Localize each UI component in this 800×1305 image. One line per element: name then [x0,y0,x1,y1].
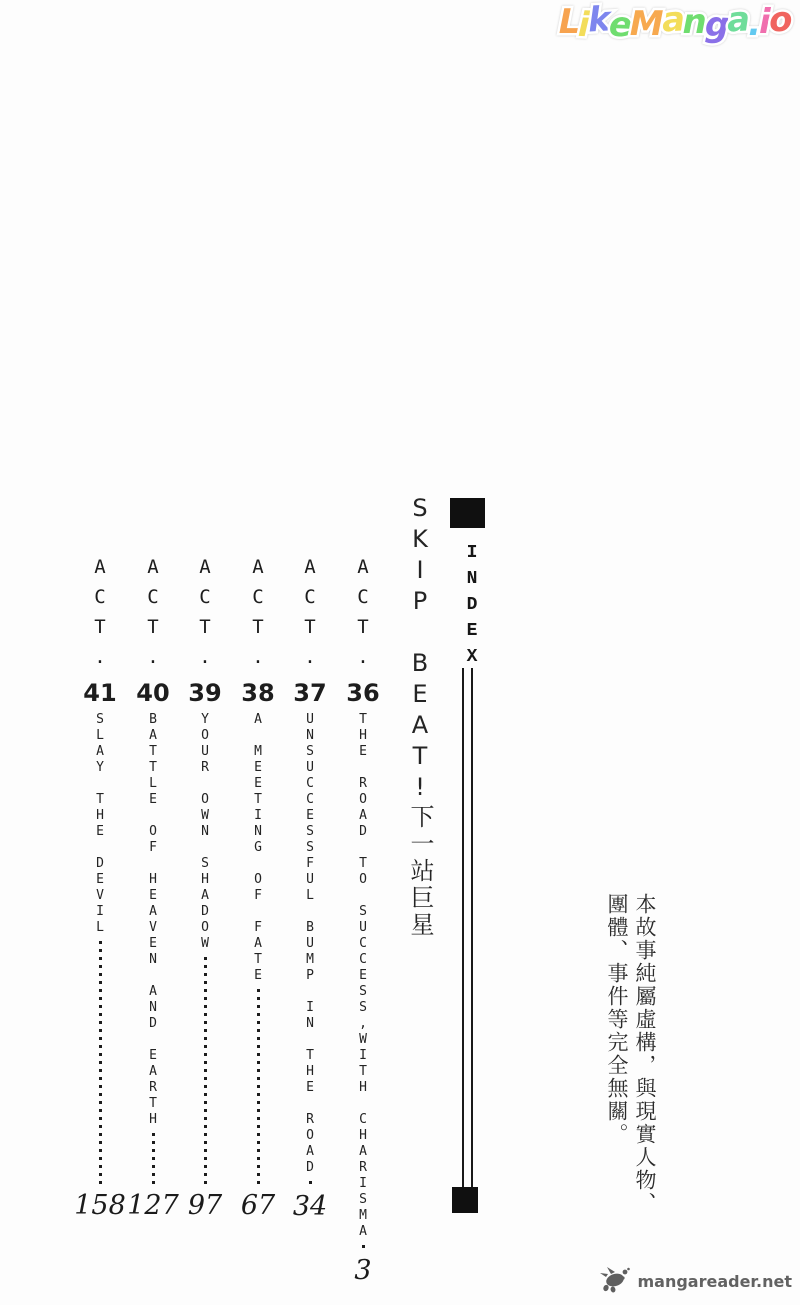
act-label: ACT. [247,556,269,676]
logo-letter: . [748,4,759,44]
watermark-text: mangareader.net [637,1272,792,1291]
act-number: 38 [241,680,274,706]
act-number: 36 [346,680,379,706]
logo-letter: o [768,0,791,41]
page-number: 97 [188,1192,222,1222]
logo-letter: i [759,2,769,42]
dots-leader [309,1181,312,1187]
index-black-square-top [450,498,485,528]
logo-letter: e [608,5,630,46]
dots-leader [204,957,207,1186]
act-number: 40 [136,680,169,706]
toc-column-act39: ACT. 39 YOUR OWN SHADOW 97 [179,556,231,1222]
act-label: ACT. [194,556,216,676]
page-number: 67 [241,1192,275,1222]
disclaimer-line-2: 團體、事件等完全無關。 [602,893,632,1146]
toc-title: THE ROAD TO SUCCESS,WITH CHARISMA [356,712,371,1240]
act-label: ACT. [352,556,374,676]
logo-letter: k [587,0,610,41]
toc-column-act40: ACT. 40 BATTLE OF HEAVEN AND EARTH 127 [127,556,179,1222]
index-divider-line [462,668,473,1187]
act-number: 41 [83,680,116,706]
toc-title: SLAY THE DEVIL [93,712,108,936]
dots-leader [99,941,102,1186]
site-logo: LikeManga.io [559,2,790,42]
act-label: ACT. [299,556,321,676]
dots-leader [362,1245,365,1251]
dots-leader [257,989,260,1186]
page-number: 158 [74,1192,126,1222]
act-label: ACT. [142,556,164,676]
toc-column-act38: ACT. 38 A MEETING OF FATE 67 [232,556,284,1222]
act-label: ACT. [89,556,111,676]
dots-leader [152,1133,155,1186]
logo-letter: a [661,0,684,41]
series-title: SKIP BEAT!下一站巨星 [400,494,438,939]
act-number: 39 [188,680,221,706]
page-number: 34 [293,1193,327,1222]
toc-title: YOUR OWN SHADOW [198,712,213,952]
logo-letter: n [683,2,705,42]
toc-title: UNSUCCESSFUL BUMP IN THE ROAD [303,712,318,1176]
logo-letter: M [630,4,662,44]
index-label: INDEX [452,543,482,673]
mangareader-icon [599,1265,633,1297]
page-number: 127 [127,1192,179,1222]
toc-column-act36: ACT. 36 THE ROAD TO SUCCESS,WITH CHARISM… [337,556,389,1222]
page-number: 3 [354,1257,371,1284]
toc-title: A MEETING OF FATE [251,712,266,984]
mangareader-watermark: mangareader.net [599,1265,792,1297]
toc-column-act37: ACT. 37 UNSUCCESSFUL BUMP IN THE ROAD 34 [284,556,336,1222]
toc-column-act41: ACT. 41 SLAY THE DEVIL 158 [74,556,126,1222]
disclaimer-line-1: 本故事純屬虛構，與現實人物、 [630,893,660,1215]
act-number: 37 [293,680,326,706]
logo-letter: a [726,0,749,41]
toc-title: BATTLE OF HEAVEN AND EARTH [146,712,161,1128]
manga-index-page: LikeManga.io INDEX SKIP BEAT!下一站巨星 ACT. … [0,0,800,1305]
logo-letter: g [704,5,728,46]
logo-letter: L [559,2,579,42]
index-black-square-bottom [452,1187,478,1213]
